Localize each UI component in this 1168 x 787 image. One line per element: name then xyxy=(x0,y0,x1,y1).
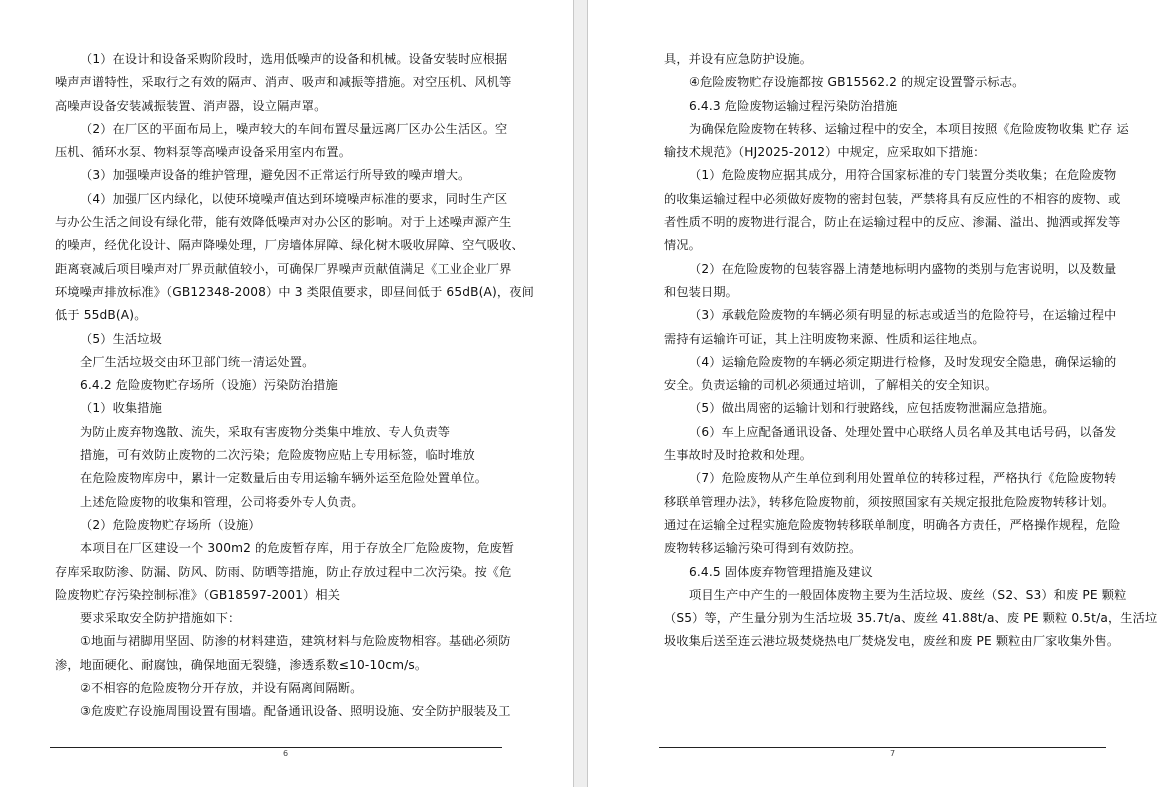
text-line: （4）加强厂区内绿化，以使环境噪声值达到环境噪声标准的要求，同时生产区 xyxy=(55,188,503,211)
text-line: （1）危险废物应据其成分，用符合国家标准的专门装置分类收集；在危险废物 xyxy=(664,164,1108,187)
text-line: （7）危险废物从产生单位到利用处置单位的转移过程，严格执行《危险废物转 xyxy=(664,467,1108,490)
text-line: 为确保危险废物在转移、运输过程中的安全，本项目按照《危险废物收集 贮存 运 xyxy=(664,118,1108,141)
text-line: （2）在危险废物的包装容器上清楚地标明内盛物的类别与危害说明，以及数量 xyxy=(664,258,1108,281)
text-line: 6.4.5 固体废弃物管理措施及建议 xyxy=(664,561,1108,584)
footer-divider xyxy=(50,747,502,748)
page-number: 7 xyxy=(890,749,895,758)
text-line: ④危险废物贮存设施都按 GB15562.2 的规定设置警示标志。 xyxy=(664,71,1108,94)
text-line: 全厂生活垃圾交由环卫部门统一清运处置。 xyxy=(55,351,503,374)
text-line: 需持有运输许可证，其上注明废物来源、性质和运往地点。 xyxy=(664,328,1108,351)
text-line: 噪声声谱特性，采取行之有效的隔声、消声、吸声和减振等措施。对空压机、风机等 xyxy=(55,71,503,94)
text-line: 距离衰减后项目噪声对厂界贡献值较小，可确保厂界噪声贡献值满足《工业企业厂界 xyxy=(55,258,503,281)
document-page-6: （1）在设计和设备采购阶段时，选用低噪声的设备和机械。设备安装时应根据噪声声谱特… xyxy=(0,0,573,787)
text-line: 高噪声设备安装减振装置、消声器，设立隔声罩。 xyxy=(55,95,503,118)
text-line: 存库采取防渗、防漏、防风、防雨、防晒等措施，防止存放过程中二次污染。按《危 xyxy=(55,561,503,584)
text-line: （1）在设计和设备采购阶段时，选用低噪声的设备和机械。设备安装时应根据 xyxy=(55,48,503,71)
text-line: 安全。负责运输的司机必须通过培训，了解相关的安全知识。 xyxy=(664,374,1108,397)
text-line: （5）做出周密的运输计划和行驶路线，应包括废物泄漏应急措施。 xyxy=(664,397,1108,420)
text-line: 6.4.3 危险废物运输过程污染防治措施 xyxy=(664,95,1108,118)
text-line: 要求采取安全防护措施如下： xyxy=(55,607,503,630)
text-line: 情况。 xyxy=(664,234,1108,257)
text-line: 险废物贮存污染控制标准》（GB18597-2001）相关 xyxy=(55,584,503,607)
text-line: ①地面与裙脚用坚固、防渗的材料建造，建筑材料与危险废物相容。基础必须防 xyxy=(55,630,503,653)
text-line: ③危废贮存设施周围设置有围墙。配备通讯设备、照明设施、安全防护服装及工 xyxy=(55,700,503,723)
text-line: 本项目在厂区建设一个 300m2 的危废暂存库，用于存放全厂危险废物，危废暂 xyxy=(55,537,503,560)
page-gutter xyxy=(573,0,588,787)
text-line: （S5）等，产生量分别为生活垃圾 35.7t/a、废丝 41.88t/a、废 P… xyxy=(664,607,1108,630)
text-line: （3）加强噪声设备的维护管理，避免因不正常运行所导致的噪声增大。 xyxy=(55,164,503,187)
text-line: （1）收集措施 xyxy=(55,397,503,420)
text-line: 的收集运输过程中必须做好废物的密封包装，严禁将具有反应性的不相容的废物、或 xyxy=(664,188,1108,211)
document-page-7: 具，并设有应急防护设施。④危险废物贮存设施都按 GB15562.2 的规定设置警… xyxy=(588,0,1168,787)
text-line: （4）运输危险废物的车辆必须定期进行检修，及时发现安全隐患，确保运输的 xyxy=(664,351,1108,374)
text-line: （5）生活垃圾 xyxy=(55,328,503,351)
text-line: 压机、循环水泵、物料泵等高噪声设备采用室内布置。 xyxy=(55,141,503,164)
text-line: 废物转移运输污染可得到有效防控。 xyxy=(664,537,1108,560)
text-line: 圾收集后送至连云港垃圾焚烧热电厂焚烧发电，废丝和废 PE 颗粒由厂家收集外售。 xyxy=(664,630,1108,653)
text-line: 上述危险废物的收集和管理，公司将委外专人负责。 xyxy=(55,491,503,514)
text-line: （3）承载危险废物的车辆必须有明显的标志或适当的危险符号，在运输过程中 xyxy=(664,304,1108,327)
text-line: 渗，地面硬化、耐腐蚀，确保地面无裂缝，渗透系数≤10-10cm/s。 xyxy=(55,654,503,677)
text-line: 项目生产中产生的一般固体废物主要为生活垃圾、废丝（S2、S3）和废 PE 颗粒 xyxy=(664,584,1108,607)
text-line: 者性质不明的废物进行混合，防止在运输过程中的反应、渗漏、溢出、抛洒或挥发等 xyxy=(664,211,1108,234)
text-line: 低于 55dB(A)。 xyxy=(55,304,503,327)
text-line: 在危险废物库房中，累计一定数量后由专用运输车辆外运至危险处置单位。 xyxy=(55,467,503,490)
text-line: 6.4.2 危险废物贮存场所（设施）污染防治措施 xyxy=(55,374,503,397)
text-line: 为防止废弃物逸散、流失，采取有害废物分类集中堆放、专人负责等 xyxy=(55,421,503,444)
text-line: ②不相容的危险废物分开存放，并设有隔离间隔断。 xyxy=(55,677,503,700)
text-line: （6）车上应配备通讯设备、处理处置中心联络人员名单及其电话号码，以备发 xyxy=(664,421,1108,444)
text-line: 具，并设有应急防护设施。 xyxy=(664,48,1108,71)
page-body: 具，并设有应急防护设施。④危险废物贮存设施都按 GB15562.2 的规定设置警… xyxy=(664,48,1108,654)
text-line: 生事故时及时抢救和处理。 xyxy=(664,444,1108,467)
text-line: 措施，可有效防止废物的二次污染；危险废物应贴上专用标签，临时堆放 xyxy=(55,444,503,467)
page-number: 6 xyxy=(283,749,288,758)
text-line: 移联单管理办法》，转移危险废物前，须按照国家有关规定报批危险废物转移计划。 xyxy=(664,491,1108,514)
page-body: （1）在设计和设备采购阶段时，选用低噪声的设备和机械。设备安装时应根据噪声声谱特… xyxy=(55,48,503,724)
text-line: 环境噪声排放标准》（GB12348-2008）中 3 类限值要求，即昼间低于 6… xyxy=(55,281,503,304)
text-line: 和包装日期。 xyxy=(664,281,1108,304)
footer-divider xyxy=(659,747,1106,748)
text-line: 输技术规范》（HJ2025-2012）中规定，应采取如下措施： xyxy=(664,141,1108,164)
text-line: 与办公生活之间设有绿化带，能有效降低噪声对办公区的影响。对于上述噪声源产生 xyxy=(55,211,503,234)
text-line: 通过在运输全过程实施危险废物转移联单制度，明确各方责任，严格操作规程，危险 xyxy=(664,514,1108,537)
text-line: （2）危险废物贮存场所（设施） xyxy=(55,514,503,537)
text-line: （2）在厂区的平面布局上，噪声较大的车间布置尽量远离厂区办公生活区。空 xyxy=(55,118,503,141)
text-line: 的噪声，经优化设计、隔声降噪处理，厂房墙体屏障、绿化树木吸收屏障、空气吸收、 xyxy=(55,234,503,257)
